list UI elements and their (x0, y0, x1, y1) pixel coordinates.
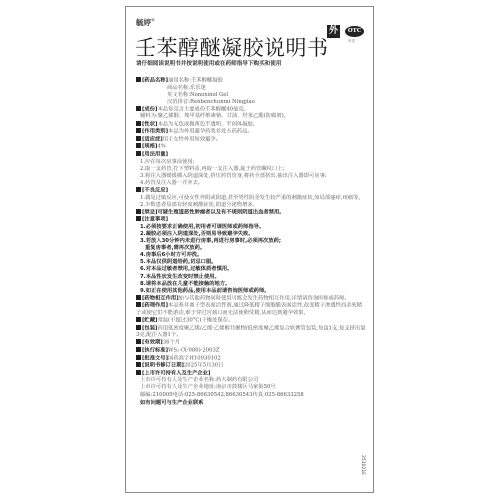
section-contraindication: [禁忌]可疑生殖道恶性肿瘤者以及有不规则阴道出血者禁用。 (136, 209, 366, 217)
excipients-text: 辅料为:聚乙烯醇、羧甲基纤维素钠、甘油、羟苯乙酯(防腐剂)。 (136, 113, 366, 120)
section-indication: [适应症]用于女性外用短效避孕。 (136, 136, 366, 144)
bullet-square-icon (136, 209, 141, 214)
section-package: [包装]药用低密度聚乙烯/乙烯-乙烯醇共聚物/低密度聚乙烯复合软膏管包装,每盒1… (136, 325, 366, 340)
leaflet-content: [药品名称]通用名称:壬苯醇醚凝胶 商品名称:乐乐迷 英文名称:Nonoxino… (136, 77, 366, 407)
english-name: 英文名称:Nonoxinol Gel (136, 92, 366, 99)
bullet-square-icon (136, 302, 141, 307)
usage-item: 2.取一支药管,拧下塑料盖,再取一支注入器,旋于药管螺纹口上; (136, 166, 366, 173)
bullet-square-icon (136, 151, 141, 156)
section-approval: [批准文号]国药准字H10930102 (136, 355, 366, 363)
precaution-item: 9.如正在使用其他药品,使用本品前请咨询医师或药师。 (136, 288, 366, 295)
section-adverse: [不良反应] (136, 187, 366, 195)
bullet-square-icon (136, 216, 141, 221)
precaution-item: 2.凝胶必须注入阴道深处,否则易导致避孕失败。 (136, 231, 366, 238)
document-title: 壬苯醇醚凝胶说明书 (135, 32, 329, 62)
brand-name: 毓婷® (136, 17, 155, 28)
usage-item: 4.药管及注入器一并弃去。 (136, 180, 366, 187)
bullet-square-icon (136, 355, 141, 360)
bullet-square-icon (136, 317, 141, 322)
adverse-item: 1.偶见过敏反应,可使女性外阴或阴道,甚至男性阴茎发生较严重的刺激症状,如局部瘙… (136, 195, 366, 202)
bullet-square-icon (136, 106, 141, 111)
precaution-item: 1.必须按要求正确使用,初用者可请医师或药师指导。 (136, 224, 366, 231)
external-use-mark-icon: 外 (327, 25, 340, 38)
section-drug-name: [药品名称]通用名称:壬苯醇醚凝胶 (136, 77, 366, 85)
section-revision-date: [说明书修订日期]2025年5月30日 (136, 362, 366, 370)
bullet-square-icon (136, 370, 141, 375)
print-code: 251021E (360, 455, 365, 475)
trade-name: 商品名称:乐乐迷 (136, 85, 366, 92)
bullet-square-icon (136, 295, 141, 300)
precaution-item: 6.对本品过敏者禁用,过敏体质者慎用。 (136, 266, 366, 273)
bullet-square-icon (136, 347, 141, 352)
otc-logo-icon: OTC (345, 26, 364, 37)
pinyin-name: 汉语拼音:Renbenchunmi Ningjiao (136, 99, 366, 106)
precaution-item: 8.请将本品放在儿童不能接触的地方。 (136, 281, 366, 288)
usage-item: 1.应在每次房事前使用; (136, 159, 366, 166)
bullet-square-icon (136, 77, 141, 82)
section-interactions: [药物相互作用]如与其他药物同时使用可能会发生药物相互作用,详情请咨询医师或药师… (136, 295, 366, 303)
bullet-square-icon (136, 128, 141, 133)
section-pharmacology: [药理作用]本品系非离子型表面活性剂,通过降低精子细胞膜表面活性,改变精子渗透性… (136, 302, 366, 317)
otc-class-label: 甲类 (348, 39, 355, 44)
bullet-square-icon (136, 339, 141, 344)
contact-note: 如有问题可与生产企业联系 (136, 400, 366, 407)
document-subtitle: 请仔细阅读说明书并按说明使用或在药师指导下购买和使用 (136, 59, 281, 67)
bullet-square-icon (136, 362, 141, 367)
section-category: [作用类别]本品为外用避孕药类非处方药药品。 (136, 128, 366, 136)
section-validity: [有效期]36个月 (136, 339, 366, 347)
section-spec: [规格]4% (136, 143, 366, 151)
precaution-item: 7.本品性状发生改变时禁止使用。 (136, 274, 366, 281)
section-usage: [用法用量] (136, 151, 366, 159)
section-storage: [贮藏]常温(不超过30°C)干燥处保存。 (136, 317, 366, 325)
holder-address: 上市许可持有人及生产企业地址:南京市鼓楼区马家街50号 (136, 384, 366, 391)
section-standard: [执行标准]WS₁-(X-086)-2003Z (136, 347, 366, 355)
section-precautions: [注意事项] (136, 216, 366, 224)
leaflet-sheet: 毓婷® 壬苯醇醚凝胶说明书 请仔细阅读说明书并按说明使用或在药师指导下购买和使用… (125, 6, 374, 493)
usage-item: 3.将注入器缓缓插入阴道深处,挤压药管管身,将药全部挤出,抽出注入器即可房事; (136, 173, 366, 180)
bullet-square-icon (136, 136, 141, 141)
bullet-square-icon (136, 121, 141, 126)
section-appearance: [性状]本品为无色或微黄色半透明、半固体凝胶。 (136, 121, 366, 129)
bullet-square-icon (136, 325, 141, 330)
adverse-item: 2.少数患者局部有轻度刺激症状,阴道分泌物增多。 (136, 202, 366, 209)
holder-contact: 邮编:210009电话:025-86630542,86630543传真:025-… (136, 392, 366, 399)
bullet-square-icon (136, 143, 141, 148)
bullet-square-icon (136, 187, 141, 192)
